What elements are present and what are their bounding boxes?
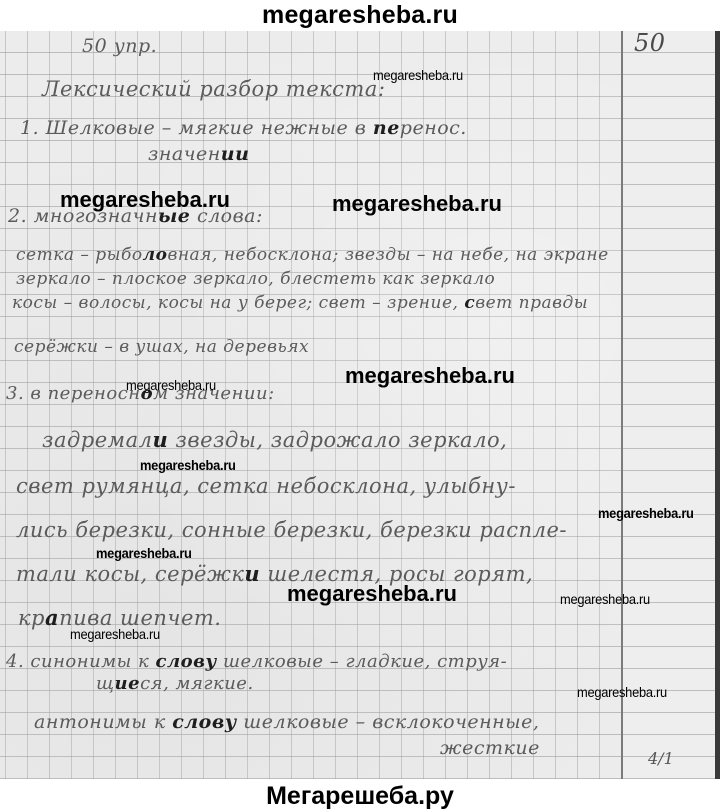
line-text: серёжки – в ушах, на деревьях [14,337,309,357]
handwritten-line: свет румянца, сетка небосклона, улыбну- [16,473,516,498]
page-margin [621,31,720,779]
exercise-title: 50 упр. [82,35,157,57]
line-text: 1. Шелковые – мягкие нежные в [20,117,373,139]
line-text: 4. синонимы к [6,651,156,672]
correction-text: слову [156,651,217,672]
line-text: задремал [42,428,152,452]
correction-text: с [464,293,475,313]
handwritten-line: косы – волосы, косы на у берег; свет – з… [12,293,588,313]
line-text: жесткие [440,737,540,759]
watermark: megaresheba.ru [577,684,667,700]
line-text: вная, небосклона; звезды – на небе, на э… [167,245,608,265]
handwritten-line: лись березки, сонные березки, березки ра… [16,517,567,542]
line-text: ся, мягкие. [140,673,254,694]
site-footer: Мегарешеба.ру [0,779,720,812]
watermark: megaresheba.ru [126,377,216,393]
line-text: косы – волосы, косы на у берег; свет – з… [12,293,464,313]
watermark: megaresheba.ru [373,67,463,83]
handwritten-line: значении [148,143,249,165]
correction-text: а [45,605,59,630]
correction-text: ие [115,673,141,694]
line-text: свет румянца, сетка небосклона, улыбну- [16,474,516,498]
correction-text: пе [373,117,400,139]
line-text: кр [18,606,45,630]
correction-text: ло [143,245,168,265]
line-text: ренос. [400,117,467,139]
line-text: лись березки, сонные березки, березки ра… [16,518,567,542]
handwritten-line: 1. Шелковые – мягкие нежные в перенос. [20,117,467,139]
site-header: megaresheba.ru [0,0,720,31]
correction-text: ии [221,143,250,165]
handwritten-line: щиеся, мягкие. [96,673,254,694]
line-text: значен [148,143,221,165]
line-text: антонимы к [34,711,172,733]
handwritten-line: серёжки – в ушах, на деревьях [14,337,309,357]
page-number: 50 [634,31,666,57]
correction-text: и [152,427,168,452]
watermark: megaresheba.ru [332,191,502,217]
correction-text: слову [172,711,237,733]
line-text: вет правды [475,293,588,313]
handwritten-line: задремали звезды, задрожало зеркало, [42,427,507,452]
watermark: megaresheba.ru [60,187,230,213]
handwritten-line: 4. синонимы к слову шелковые – гладкие, … [6,651,507,672]
notebook-page: 50 4/1 50 упр. Лексический разбор текста… [0,31,720,779]
watermark: megaresheba.ru [598,505,694,521]
watermark: megaresheba.ru [345,363,515,389]
line-text: щ [96,673,115,694]
watermark: megaresheba.ru [140,457,236,473]
watermark: megaresheba.ru [96,545,192,561]
section-heading: Лексический разбор текста: [42,77,385,101]
watermark: megaresheba.ru [560,591,650,607]
page-edge [715,31,720,779]
correction-text: и [244,561,260,586]
line-text: звезды, задрожало зеркало, [168,428,507,452]
watermark: megaresheba.ru [70,626,160,642]
handwritten-line: жесткие [440,737,540,759]
line-text: шелковые – всклокоченные, [237,711,540,733]
line-text: 3. в переносн [6,383,141,404]
handwritten-line: зеркало – плоское зеркало, блестеть как … [16,269,495,289]
handwritten-line: антонимы к слову шелковые – всклокоченны… [34,711,539,733]
line-text: сетка – рыбо [16,245,143,265]
line-text: тали косы, серёжк [16,562,244,586]
watermark: megaresheba.ru [287,581,457,607]
margin-line [621,31,623,779]
handwritten-line: сетка – рыболовная, небосклона; звезды –… [16,245,609,265]
margin-scribble: 4/1 [648,749,674,768]
line-text: шелковые – гладкие, струя- [217,651,507,672]
line-text: зеркало – плоское зеркало, блестеть как … [16,269,495,289]
